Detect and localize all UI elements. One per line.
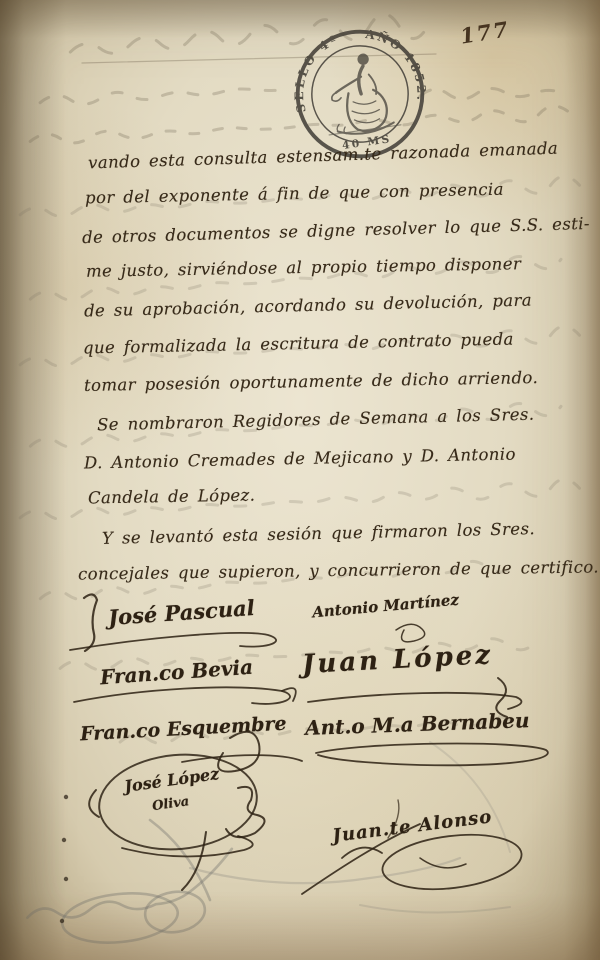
- manuscript-line: de otros documentos se digne resolver lo…: [82, 214, 590, 247]
- manuscript-line: por del exponente á fin de que con prese…: [85, 180, 504, 208]
- signature-francisco-bevia: Fran.co Bevia: [99, 655, 253, 690]
- signature-oliva: Oliva: [151, 794, 190, 814]
- signature-antonio-martinez: Antonio Martínez: [311, 591, 459, 622]
- manuscript-line: Se nombraron Regidores de Semana a los S…: [97, 405, 535, 435]
- seal-year-text: AÑO 1852.: [362, 19, 431, 110]
- manuscript-line: D. Antonio Cremades de Mejicano y D. Ant…: [84, 444, 516, 472]
- signature-juan-alonso: Juan.te Alonso: [331, 806, 493, 846]
- svg-text:AÑO 1852.: AÑO 1852.: [362, 19, 431, 110]
- signature-francisco-esquembre: Fran.co Esquembre: [80, 713, 287, 746]
- manuscript-line: me justo, sirviéndose al propio tiempo d…: [86, 254, 521, 281]
- signature-juan-lopez: Juan López: [301, 640, 493, 680]
- manuscript-line: concejales que supieron, y concurrieron …: [78, 557, 599, 583]
- manuscript-line: tomar posesión oportunamente de dicho ar…: [84, 368, 538, 395]
- folio-number: 177: [458, 16, 511, 48]
- seated-allegory-figure: [319, 50, 402, 138]
- manuscript-line: que formalizada la escritura de contrato…: [83, 329, 514, 357]
- manuscript-line: de su aprobación, acordando su devolució…: [84, 291, 532, 321]
- signature-antonio-maria-bernabeu: Ant.o M.a Bernabeu: [305, 708, 530, 740]
- manuscript-line: Y se levantó esta sesión que firmaron lo…: [102, 519, 535, 548]
- signature-jose-lopez: José López: [123, 764, 220, 796]
- signature-jose-pascual: José Pascual: [107, 595, 255, 630]
- signature-jose-lopez-oliva-oval: José López Oliva: [94, 747, 262, 857]
- binding-stitch-dots: [60, 795, 68, 923]
- manuscript-page: 177 SELLO 4º AÑO 1852. 40 MS: [0, 0, 600, 960]
- manuscript-line: Candela de López.: [88, 486, 256, 508]
